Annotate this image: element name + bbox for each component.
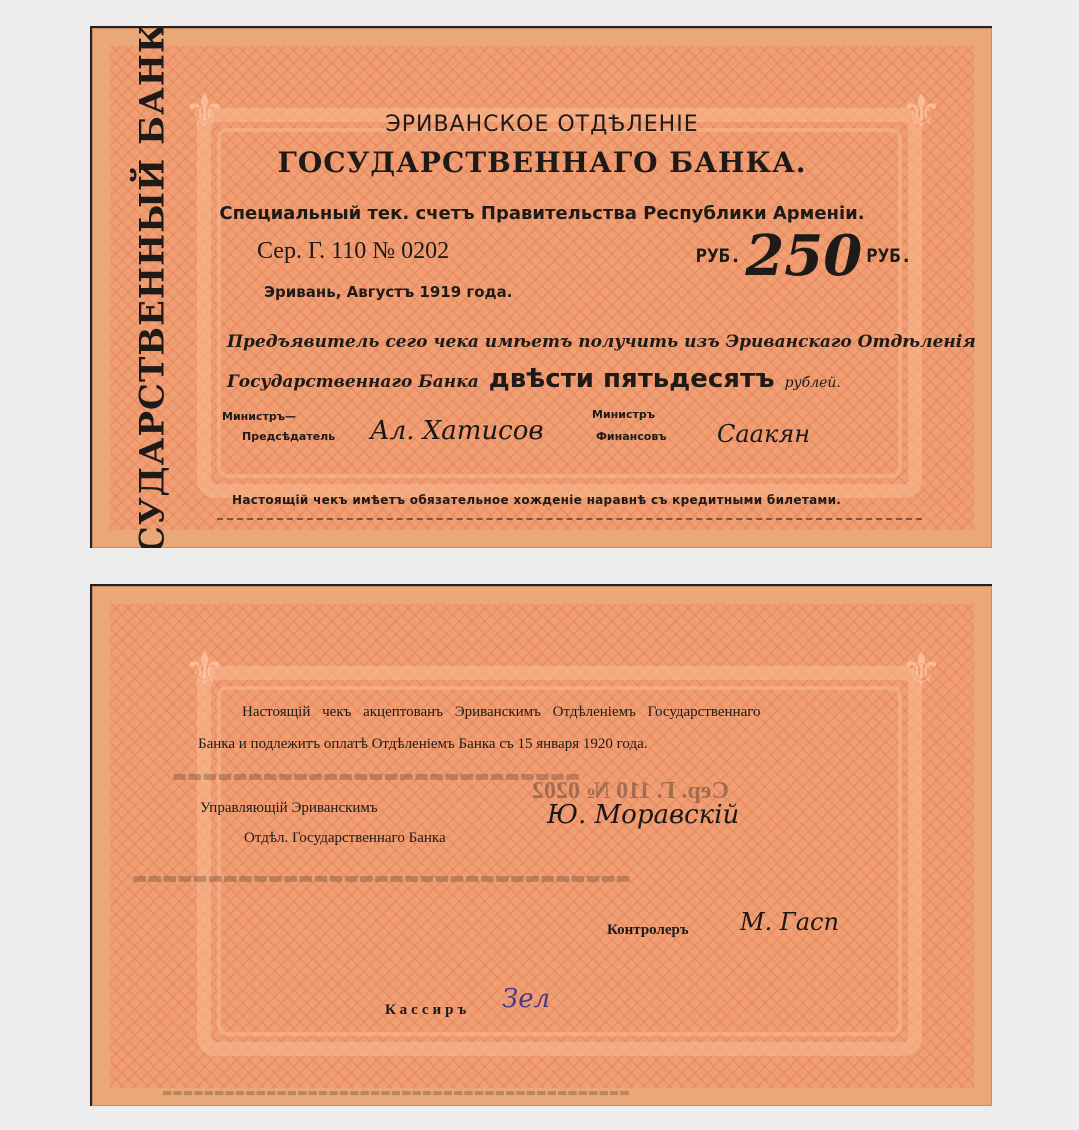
- banknote-back: ⚜ ⚜ ▬▬▬▬▬▬▬▬▬▬▬▬▬▬▬▬▬▬▬▬▬▬▬▬▬▬▬ ▬▬▬▬▬▬▬▬…: [90, 584, 992, 1106]
- account-line: Специальный тек. счетъ Правительства Рес…: [92, 203, 992, 224]
- bank-title: ГОСУДАРСТВЕННАГО БАНКА.: [92, 146, 992, 179]
- signature-controller: М. Гасп: [740, 908, 839, 936]
- manager-title-line2: Отдѣл. Государственнаго Банка: [244, 830, 446, 847]
- bearer-clause-line1: Предъявитель сего чека имѣетъ получить и…: [227, 332, 976, 352]
- currency-word: рублей.: [785, 375, 841, 391]
- signature-cashier: Зел: [502, 984, 550, 1014]
- show-through-text: ▬▬▬▬▬▬▬▬▬▬▬▬▬▬▬▬▬▬▬▬▬▬▬▬▬▬▬▬▬▬▬▬▬▬▬▬▬▬▬▬…: [162, 1086, 630, 1099]
- signature-finance-minister: Саакян: [717, 420, 810, 448]
- acceptance-paragraph-line1: Настоящій чекъ акцептованъ Эриванскимъ О…: [242, 704, 761, 721]
- vertical-bank-title-text: ГОСУДАРСТВЕННЫЙ БАНКЪ: [132, 26, 172, 548]
- show-through-text: ▬▬▬▬▬▬▬▬▬▬▬▬▬▬▬▬▬▬▬▬▬▬▬▬▬▬▬▬▬▬▬▬▬: [132, 868, 631, 887]
- denomination-value: 250: [745, 228, 862, 284]
- controller-label: Контролеръ: [607, 922, 689, 939]
- banknote-front: ⚜ ⚜ ГОСУДАРСТВЕННЫЙ БАНКЪ ЭРИВАНСКОЕ ОТД…: [90, 26, 992, 548]
- show-through-text: ▬▬▬▬▬▬▬▬▬▬▬▬▬▬▬▬▬▬▬▬▬▬▬▬▬▬▬: [172, 766, 580, 785]
- denomination-prefix: РУБ.: [696, 245, 742, 267]
- fleur-ornament-icon: ⚜: [901, 646, 942, 692]
- signatory2-title-line1: Министръ: [592, 408, 655, 421]
- fleur-ornament-icon: ⚜: [184, 646, 225, 692]
- place-date: Эривань, Августъ 1919 года.: [264, 283, 512, 301]
- signature-chairman: Ал. Хатисов: [370, 416, 544, 446]
- signature-manager: Ю. Моравскій: [547, 800, 739, 830]
- amount-in-words: двѣсти пятьдесятъ: [489, 364, 775, 394]
- signatory2-title-line2: Финансовъ: [596, 430, 667, 443]
- cashier-label: Кассиръ: [385, 1002, 470, 1019]
- branch-title: ЭРИВАНСКОЕ ОТДѢЛЕНІЕ: [92, 112, 992, 137]
- denomination-suffix: РУБ.: [866, 245, 912, 267]
- signatory1-title-line2: Предсѣдатель: [242, 430, 335, 443]
- signatory1-title-line1: Министръ—: [222, 410, 296, 423]
- manager-title-line1: Управляющій Эриванскимъ: [200, 800, 378, 817]
- legal-tender-clause: Настоящій чекъ имѣетъ обязательное хожде…: [232, 493, 841, 507]
- acceptance-paragraph-line2: Банка и подлежитъ оплатѣ Отдѣленіемъ Бан…: [198, 736, 648, 753]
- serial-number: Сер. Г. 110 № 0202: [257, 238, 449, 265]
- bearer-bank: Государственнаго Банка: [227, 372, 479, 392]
- dashed-divider: [217, 518, 922, 520]
- denomination: РУБ. 250 РУБ.: [696, 228, 912, 284]
- bearer-clause-line2: Государственнаго Банка двѣсти пятьдесятъ…: [227, 364, 841, 394]
